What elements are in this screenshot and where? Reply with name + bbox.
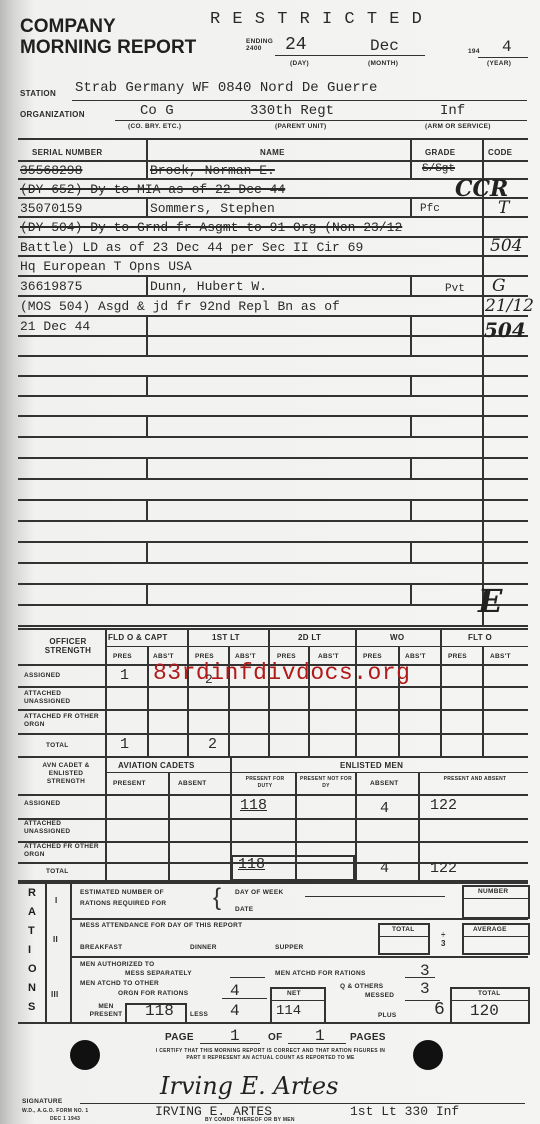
col-grade: GRADE — [425, 148, 455, 157]
supper-label: SUPPER — [275, 944, 304, 951]
group-1st-lt: 1ST LT — [212, 633, 240, 642]
parent-caption: (PARENT UNIT) — [275, 123, 326, 130]
serial-number: 36619875 — [20, 279, 82, 294]
remark-line: (DY 504) Dy to Grnd fr Asgmt to 91 Org (… — [20, 220, 402, 235]
side-letter: I — [28, 941, 37, 960]
report-month: Dec — [370, 37, 399, 55]
signer-caption: BY COMDR THEREOF OR BY MEN — [205, 1117, 295, 1123]
subheader-abst: ABS'T — [405, 653, 426, 660]
col-present-not-for-duty: PRESENT NOT FOR DY — [300, 776, 352, 790]
mess-attendance-label: MESS ATTENDANCE FOR DAY OF THIS REPORT — [80, 922, 242, 929]
row-total: TOTAL — [46, 742, 69, 749]
soldier-name: Dunn, Hubert W. — [150, 279, 267, 294]
rations-side-label: R A T I O N S — [28, 884, 37, 1017]
plus-value: 6 — [434, 1000, 445, 1020]
soldier-name: Sommers, Stephen — [150, 201, 275, 216]
ending-label: ENDING 2400 — [246, 38, 272, 52]
dinner-label: DINNER — [190, 944, 217, 951]
men-present-value: 118 — [145, 1002, 174, 1020]
officer-total-fld-pres: 1 — [120, 736, 129, 753]
side-letter: O — [28, 960, 37, 979]
others-label-2: MESSED — [365, 992, 394, 999]
men-atchd-other-label-1: MEN ATCHD TO OTHER — [80, 980, 159, 987]
code: T — [498, 198, 509, 218]
of-label: OF — [268, 1032, 283, 1043]
subheader-abst: ABS'T — [235, 653, 256, 660]
group-aviation-cadets: AVIATION CADETS — [118, 761, 195, 770]
side-letter: A — [28, 903, 37, 922]
part-iii-roman: III — [51, 990, 59, 999]
subheader-pres: PRES — [195, 653, 214, 660]
correction-mark: E — [478, 582, 502, 620]
side-letter: R — [28, 884, 37, 903]
watermark: 83rdinfdivdocs.org — [153, 660, 410, 686]
group-flt-o: FLT O — [468, 633, 492, 642]
punch-hole — [70, 1040, 100, 1070]
signature-script: Irving E. Artes — [160, 1072, 338, 1100]
men-atchd-other-label-2: ORGN FOR RATIONS — [118, 990, 188, 997]
organization-company: Co G — [140, 103, 174, 119]
serial-number: 35070159 — [20, 201, 82, 216]
others-label-1: Q & OTHERS — [340, 983, 383, 990]
remark-line: (DY 652) Dy to MIA as of 22 Dec 44 — [20, 182, 285, 197]
men-authorized-label-2: MESS SEPARATELY — [125, 970, 192, 977]
mess-total-label: TOTAL — [392, 926, 415, 933]
subheader-pres: PRES — [277, 653, 296, 660]
group-2d-lt: 2D LT — [298, 633, 321, 642]
subheader-abst: ABS'T — [153, 653, 174, 660]
grade: Pvt — [445, 283, 465, 295]
code: 21/12 — [485, 296, 534, 316]
plus-label: PLUS — [378, 1012, 397, 1019]
men-atchd-for-rations-label: MEN ATCHD FOR RATIONS — [275, 970, 366, 977]
col-cadets-absent: ABSENT — [178, 780, 207, 787]
col-present-and-absent: PRESENT AND ABSENT — [440, 776, 510, 783]
month-caption: (MONTH) — [368, 60, 398, 67]
soldier-name: Brock, Norman E. — [150, 163, 275, 178]
pages-label: PAGES — [350, 1032, 386, 1043]
classification-stamp: R E S T R I C T E D — [210, 10, 423, 29]
form-date: DEC 1 1943 — [50, 1116, 80, 1122]
station-value: Strab Germany WF 0840 Nord De Guerre — [75, 80, 377, 96]
grade: Pfc — [420, 203, 440, 215]
col-present-for-duty: PRESENT FOR DUTY — [240, 776, 290, 790]
ration-total-label: TOTAL — [478, 990, 501, 997]
less-label: LESS — [190, 1011, 208, 1018]
number-label: NUMBER — [478, 888, 508, 895]
page-label: PAGE — [165, 1032, 194, 1043]
organization-parent-unit: 330th Regt — [250, 103, 334, 119]
row-attached-other-orgn: ATTACHED FR OTHER ORGN — [24, 713, 99, 729]
form-title-line2: MORNING REPORT — [20, 37, 196, 58]
divide-by-three: ÷ 3 — [441, 930, 451, 948]
side-letter: T — [28, 922, 37, 941]
date-label: DATE — [235, 906, 253, 913]
signature-label: SIGNATURE — [22, 1098, 63, 1105]
code: G — [492, 276, 506, 296]
row-assigned: ASSIGNED — [24, 800, 60, 807]
subheader-pres: PRES — [113, 653, 132, 660]
part-i-roman: I — [55, 896, 58, 905]
part-ii-roman: II — [53, 935, 58, 944]
remark-line: Battle) LD as of 23 Dec 44 per Sec II Ci… — [20, 240, 363, 255]
form-title-line1: COMPANY — [20, 16, 196, 37]
net-label: NET — [287, 990, 301, 997]
mess-average-label: AVERAGE — [473, 926, 507, 933]
remark-line: (MOS 504) Asgd & jd fr 92nd Repl Bn as o… — [20, 299, 340, 314]
form-title: COMPANY MORNING REPORT — [20, 16, 196, 58]
organization-label: ORGANIZATION — [20, 110, 85, 119]
code: 504 — [484, 318, 526, 342]
certification-text: I CERTIFY THAT THIS MORNING REPORT IS CO… — [148, 1048, 393, 1062]
men-present-label: MEN PRESENT — [88, 1003, 124, 1019]
code: 504 — [490, 236, 522, 256]
officer-strength-title: OFFICER STRENGTH — [38, 637, 98, 655]
group-wo: WO — [390, 633, 404, 642]
punch-hole — [413, 1040, 443, 1070]
others-messed-value: 3 — [420, 980, 430, 998]
col-name: NAME — [260, 148, 285, 157]
grade: S/Sgt — [422, 163, 455, 175]
col-serial-number: SERIAL NUMBER — [32, 148, 102, 157]
ration-total-value: 120 — [470, 1002, 499, 1020]
station-label: STATION — [20, 89, 56, 98]
subheader-abst: ABS'T — [490, 653, 511, 660]
brace: { — [213, 884, 221, 912]
less-value: 4 — [230, 1002, 240, 1020]
enlisted-assigned-present-for-duty: 118 — [240, 797, 267, 814]
form-number: W.D., A.G.O. FORM NO. 1 — [22, 1108, 88, 1114]
row-attached-unassigned: ATTACHED UNASSIGNED — [24, 690, 94, 706]
row-assigned: ASSIGNED — [24, 672, 60, 679]
subheader-pres: PRES — [363, 653, 382, 660]
company-caption: (CO. BRY. ETC.) — [128, 123, 181, 130]
enlisted-total-present-and-absent: 122 — [430, 860, 457, 877]
net-value: 114 — [276, 1003, 301, 1019]
enlisted-strength-title: AVN CADET & ENLISTED STRENGTH — [30, 762, 102, 786]
report-day: 24 — [285, 35, 307, 55]
subheader-abst: ABS'T — [318, 653, 339, 660]
enlisted-assigned-absent: 4 — [380, 800, 389, 817]
side-letter: N — [28, 979, 37, 998]
report-year: 4 — [502, 38, 512, 56]
day-of-week-label: DAY OF WEEK — [235, 889, 283, 896]
breakfast-label: BREAKFAST — [80, 944, 122, 951]
year-caption: (YEAR) — [487, 60, 511, 67]
enlisted-total-present-for-duty: 118 — [238, 856, 265, 873]
arm-caption: (ARM OR SERVICE) — [425, 123, 491, 130]
rations-required-label-2: RATIONS REQUIRED FOR — [80, 900, 166, 907]
subheader-pres: PRES — [448, 653, 467, 660]
group-enlisted-men: ENLISTED MEN — [340, 761, 403, 770]
side-letter: S — [28, 998, 37, 1017]
enlisted-total-absent: 4 — [380, 860, 389, 877]
col-code: CODE — [488, 148, 512, 157]
year-prefix: 194 — [468, 48, 480, 55]
serial-number: 35568298 — [20, 163, 82, 178]
remark-line: 21 Dec 44 — [20, 319, 90, 334]
organization-arm: Inf — [440, 103, 465, 119]
remark-line: Hq European T Opns USA — [20, 259, 192, 274]
row-attached-other-orgn: ATTACHED FR OTHER ORGN — [24, 843, 99, 859]
officer-assigned-fld-pres: 1 — [120, 667, 129, 684]
group-fld-o-capt: FLD O & CAPT — [108, 633, 168, 642]
row-attached-unassigned: ATTACHED UNASSIGNED — [24, 820, 94, 836]
row-total: TOTAL — [46, 868, 69, 875]
men-authorized-label-1: MEN AUTHORIZED TO — [80, 961, 154, 968]
rations-required-label-1: ESTIMATED NUMBER OF — [80, 889, 164, 896]
morning-report-document: COMPANY MORNING REPORT R E S T R I C T E… — [0, 0, 540, 1124]
col-enlisted-absent: ABSENT — [370, 780, 399, 787]
enlisted-assigned-present-and-absent: 122 — [430, 797, 457, 814]
officer-total-1stlt-pres: 2 — [208, 736, 217, 753]
col-cadets-present: PRESENT — [113, 780, 146, 787]
day-caption: (DAY) — [290, 60, 309, 67]
signer-title: 1st Lt 330 Inf — [350, 1104, 459, 1119]
